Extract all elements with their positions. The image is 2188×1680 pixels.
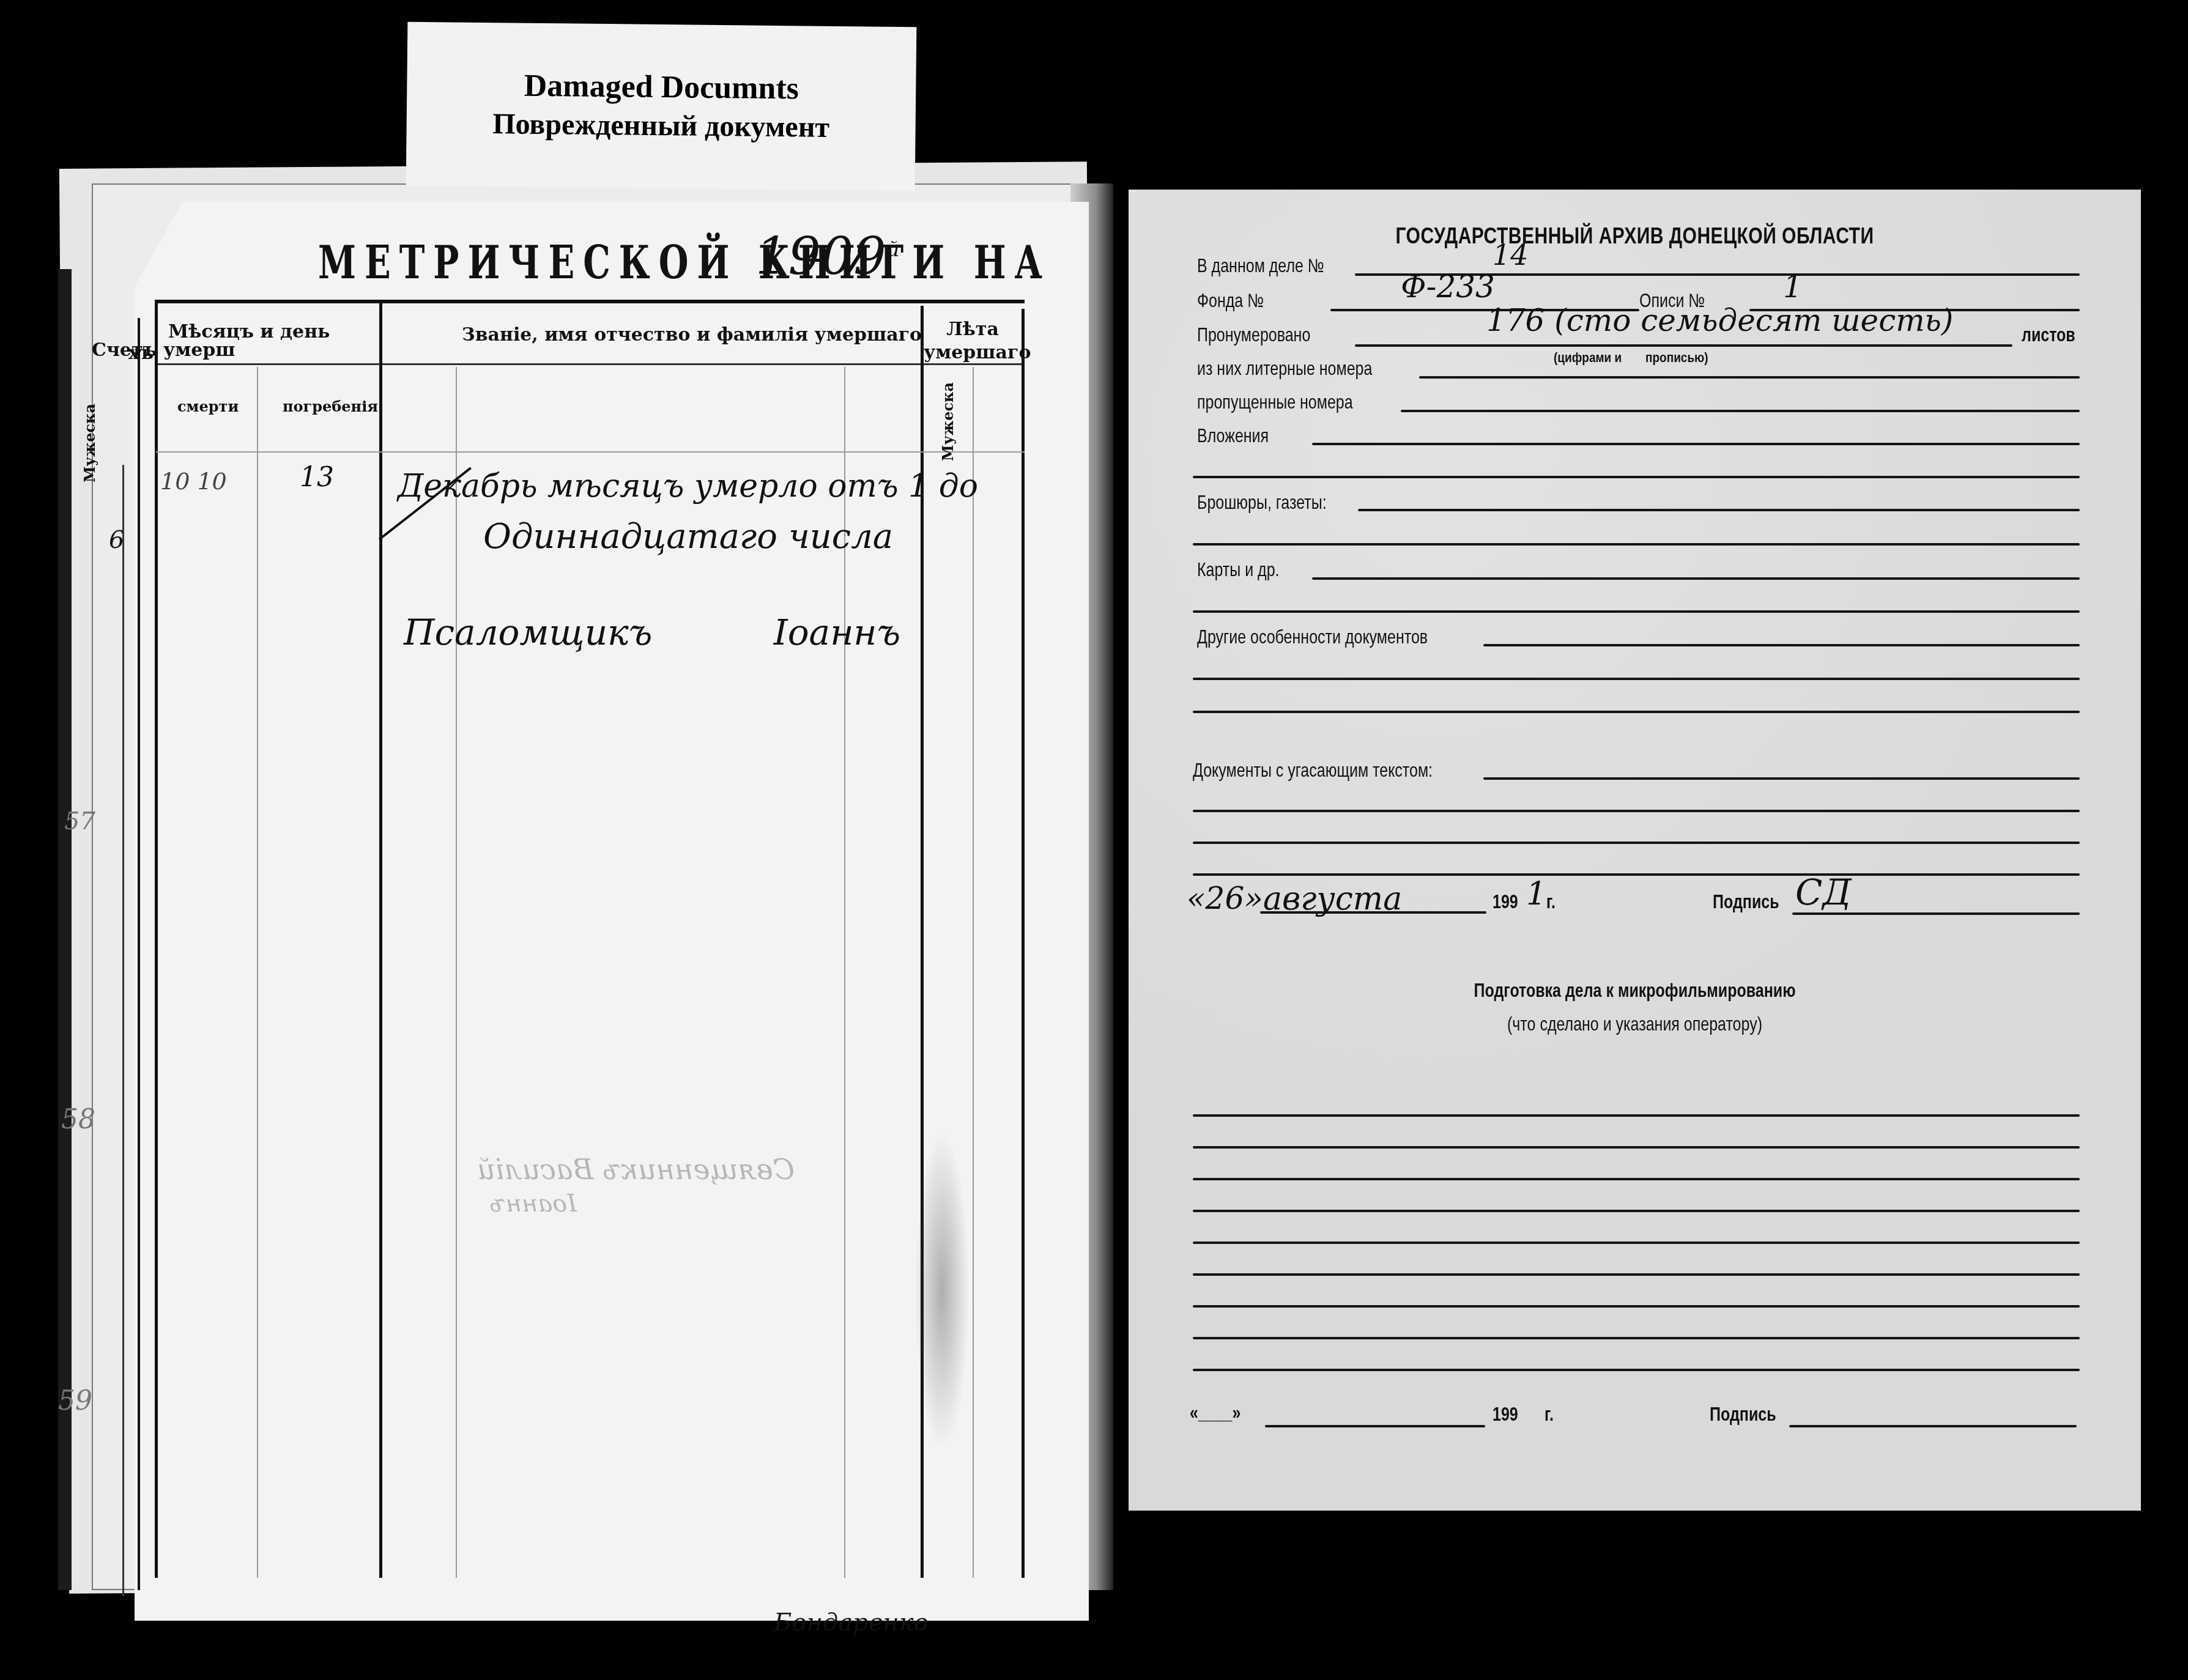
numbered-caption-digits: (цифрами и	[1554, 350, 1622, 366]
entry-burial-day: 13	[300, 462, 334, 493]
microfilm-line-5[interactable]	[1193, 1241, 2080, 1244]
footer-quote-blank: «____»	[1190, 1402, 1240, 1424]
fading-text-line-4[interactable]	[1193, 873, 2080, 876]
brochures-line[interactable]	[1358, 509, 2080, 511]
case-number-value: 14	[1493, 239, 1529, 272]
form-title: ГОСУДАРСТВЕННЫЙ АРХИВ ДОНЕЦКОЙ ОБЛАСТИ	[1129, 224, 2141, 250]
col-rule-age	[973, 367, 974, 1578]
date-month-line[interactable]	[1260, 911, 1486, 914]
attachments-label: Вложения	[1197, 426, 1269, 448]
col-rule-2	[379, 302, 382, 1578]
register-year-suffix: й	[886, 237, 900, 262]
footer-signature-line[interactable]	[1789, 1425, 2077, 1427]
header-age: Лѣта умершаго	[924, 318, 1022, 364]
margin-number-59: 59	[58, 1385, 92, 1416]
fading-text-line-3[interactable]	[1193, 842, 2080, 844]
microfilm-line-4[interactable]	[1193, 1210, 2080, 1212]
margin-number-57: 57	[64, 807, 95, 835]
damaged-document-label: Damaged Documnts Поврежденный документ	[406, 22, 917, 191]
ghost-text-2: Іоаннъ	[489, 1190, 577, 1218]
brochures-label: Брошюры, газеты:	[1197, 492, 1327, 514]
entry-death-day: 10 10	[160, 468, 227, 495]
microfilm-line-8[interactable]	[1193, 1337, 2080, 1339]
margin-number-58: 58	[61, 1104, 95, 1135]
brochures-line-2[interactable]	[1193, 543, 2080, 546]
date-day: «26»	[1187, 881, 1263, 916]
maps-line[interactable]	[1312, 577, 2080, 580]
header-male-vertical: Мужеска	[939, 382, 957, 461]
other-features-line-3[interactable]	[1193, 711, 2080, 713]
entry-text-line3: Псаломщикъ Іоаннъ	[404, 612, 900, 653]
numbered-label: Пронумеровано	[1197, 325, 1310, 347]
skipped-numbers-label: пропущенные номера	[1197, 392, 1353, 414]
underlying-sheet-rule-2	[122, 465, 124, 1596]
case-number-label: В данном деле №	[1197, 256, 1324, 278]
other-features-label: Другие особенности документов	[1197, 627, 1428, 649]
underlying-sheet-rule	[138, 318, 140, 1590]
register-year: 1909й	[755, 226, 900, 286]
fond-value: Ф-233	[1401, 269, 1495, 305]
fading-text-line[interactable]	[1483, 777, 2080, 780]
male-vertical-left: Мужеска	[81, 404, 98, 483]
date-year-prefix: 199	[1493, 892, 1518, 914]
opis-value: 1	[1783, 269, 1803, 305]
ghost-text-1: Священникъ Василій	[477, 1153, 795, 1186]
numbered-unit: листов	[2022, 325, 2075, 347]
footer-signature-label: Подпись	[1710, 1404, 1776, 1426]
header-rank-name: Званіе, имя отчество и фамилія умершаго	[462, 324, 922, 346]
numbered-value: 176 (сто семьдесят шесть)	[1486, 303, 1953, 338]
table-header-rule	[156, 363, 1025, 365]
subheader-rule	[156, 451, 1025, 453]
label-english: Damaged Documnts	[524, 67, 799, 109]
count-deceased-header: Счетъ умерш	[92, 339, 235, 361]
numbered-line[interactable]	[1355, 344, 2012, 347]
table-top-rule	[156, 300, 1025, 303]
fond-label: Фонда №	[1197, 290, 1264, 313]
footer-year-prefix: 199	[1493, 1404, 1518, 1426]
register-bottom-signature: Бондаренко	[774, 1608, 929, 1637]
attachments-line[interactable]	[1312, 443, 2080, 445]
fading-text-label: Документы с угасающим текстом:	[1193, 760, 1433, 782]
other-features-line[interactable]	[1483, 644, 2080, 646]
microfilm-line-3[interactable]	[1193, 1178, 2080, 1180]
numbered-caption-words: прописью)	[1645, 350, 1708, 366]
col-rule-4	[1022, 309, 1025, 1578]
signature-label: Подпись	[1713, 892, 1779, 914]
date-day-value: 26	[1206, 881, 1245, 916]
col-rule-death	[257, 367, 258, 1578]
register-year-value: 1909	[755, 226, 886, 286]
letter-numbers-label: из них литерные номера	[1197, 358, 1372, 380]
footer-year-suffix: г.	[1545, 1404, 1554, 1426]
header-burial: погребенія	[283, 398, 378, 415]
signature-value: СД	[1795, 871, 1852, 913]
register-title: МЕТРИЧЕСКОЙ КНИГИ НА	[318, 235, 1051, 290]
entry-text-line2: Одиннадцатаго числа	[483, 517, 893, 557]
label-russian: Поврежденный документ	[492, 105, 829, 147]
entry-text-line1: Декабрь мѣсяцъ умерло отъ 1 до	[398, 468, 978, 505]
header-month-day: Мѣсяцъ и день	[168, 321, 330, 342]
microfilm-line-2[interactable]	[1193, 1146, 2080, 1149]
attachments-line-2[interactable]	[1193, 476, 2080, 478]
footer-date-line[interactable]	[1265, 1425, 1485, 1427]
col-rule-1	[155, 300, 158, 1578]
maps-label: Карты и др.	[1197, 560, 1280, 582]
maps-line-2[interactable]	[1193, 610, 2080, 613]
microfilm-line-9[interactable]	[1193, 1369, 2080, 1371]
paper-damage-stain	[914, 1131, 970, 1449]
count-deceased-suffix: хъ	[128, 342, 154, 364]
other-features-line-2[interactable]	[1193, 678, 2080, 680]
fading-text-line-2[interactable]	[1193, 810, 2080, 812]
col-rule-name-a	[456, 367, 457, 1578]
microfilm-subheading: (что сделано и указания оператору)	[1129, 1014, 2141, 1036]
microfilm-line-1[interactable]	[1193, 1114, 2080, 1117]
date-year-suffix: г.	[1546, 892, 1556, 914]
letter-numbers-line[interactable]	[1419, 376, 2080, 379]
archive-form	[1129, 190, 2141, 1511]
skipped-numbers-line[interactable]	[1401, 410, 2080, 412]
date-year-handwritten: 1	[1526, 876, 1546, 912]
microfilm-line-6[interactable]	[1193, 1273, 2080, 1276]
header-death: смерти	[177, 398, 239, 415]
microfilm-line-7[interactable]	[1193, 1305, 2080, 1308]
microfilm-heading: Подготовка дела к микрофильмированию	[1129, 980, 2141, 1002]
